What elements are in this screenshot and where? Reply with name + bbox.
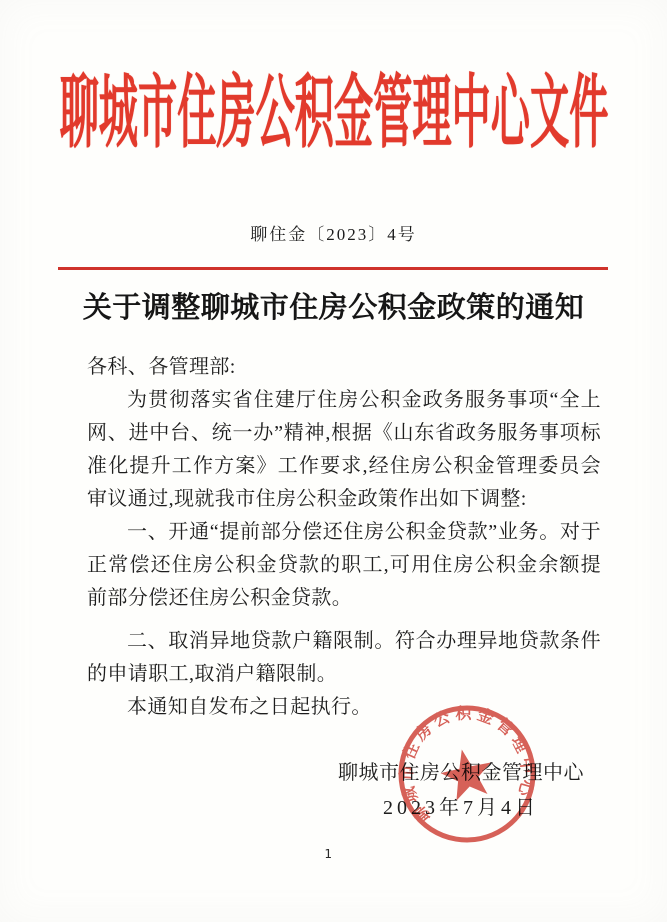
signature-block: 聊城市住房公积金管理中心 2023年7月4日: [338, 761, 584, 821]
salutation: 各科、各管理部:: [87, 351, 601, 384]
letterhead-title: 聊城市住房公积金管理中心文件: [59, 66, 608, 162]
paragraph-2: 一、开通“提前部分偿还住房公积金贷款”业务。对于正常偿还住房公积金贷款的职工,可…: [87, 516, 601, 615]
paragraph-1: 为贯彻落实省住建厅住房公积金政务服务事项“全上网、进中台、统一办”精神,根据《山…: [87, 384, 601, 516]
red-divider-line: [58, 267, 608, 270]
signature-date: 2023年7月4日: [338, 796, 584, 821]
document-page: 聊城市住房公积金管理中心文件 聊住金〔2023〕4号 关于调整聊城市住房公积金政…: [0, 0, 667, 922]
document-body: 各科、各管理部: 为贯彻落实省住建厅住房公积金政务服务事项“全上网、进中台、统一…: [87, 351, 601, 724]
paragraph-4: 本通知自发布之日起执行。: [87, 691, 601, 724]
letterhead: 聊城市住房公积金管理中心文件: [0, 64, 667, 164]
signature-organization: 聊城市住房公积金管理中心: [338, 761, 584, 786]
paragraph-3: 二、取消异地贷款户籍限制。符合办理异地贷款条件的申请职工,取消户籍限制。: [87, 625, 601, 691]
document-number: 聊住金〔2023〕4号: [0, 220, 667, 245]
page-number: 1: [318, 846, 338, 861]
document-title: 关于调整聊城市住房公积金政策的通知: [0, 285, 667, 326]
